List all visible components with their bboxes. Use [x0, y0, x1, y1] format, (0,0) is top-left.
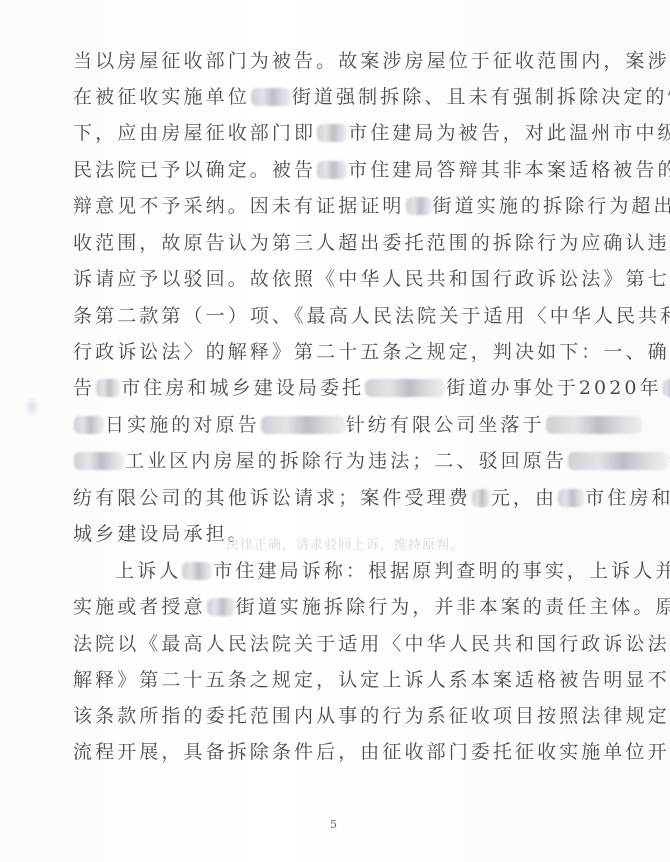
- text-segment: 诉请应予以驳回。故依照《中华人民共和国行政诉讼法》第七十四: [73, 268, 670, 290]
- text-segment: 街道强制拆除、且未有强制拆除决定的情况: [292, 86, 670, 108]
- scan-smudge: [25, 397, 39, 417]
- text-segment: 城乡建设局承担。: [73, 523, 250, 545]
- text-line: 收范围，故原告认为第三人超出委托范围的拆除行为应确认违法的: [73, 231, 583, 255]
- text-segment: 收范围，故原告认为第三人超出委托范围的拆除行为应确认违法的: [73, 232, 670, 254]
- text-line: 行政诉讼法〉的解释》第二十五条之规定，判决如下：一、确认被: [73, 340, 583, 364]
- text-line: 工业区内房屋的拆除行为违法；二、驳回原告针: [73, 449, 583, 473]
- redacted-text: [558, 489, 584, 507]
- text-segment: 市住建局诉称：根据原判查明的事实，上诉人并未: [213, 560, 670, 582]
- text-segment: 元，由: [491, 487, 557, 509]
- redacted-text: [365, 379, 445, 397]
- text-line: 民法院已予以确定。被告市住建局答辩其非本案适格被告的抗: [73, 158, 583, 182]
- text-segment: 法院以《最高人民法院关于适用〈中华人民共和国行政诉讼法〉的: [73, 633, 670, 655]
- redacted-text: [261, 416, 345, 434]
- text-segment: 辩意见不予采纳。因未有证据证明: [73, 195, 405, 217]
- redacted-text: [74, 416, 104, 434]
- text-line: 条第二款第（一）项、《最高人民法院关于适用〈中华人民共和国: [73, 304, 583, 328]
- text-segment: 工业区内房屋的拆除行为违法；二、驳回原告: [125, 450, 567, 472]
- text-line: 在被征收实施单位街道强制拆除、且未有强制拆除决定的情况: [73, 85, 583, 109]
- text-segment: 告: [73, 377, 95, 399]
- text-segment: 实施或者授意: [73, 596, 206, 618]
- text-segment: 针纺有限公司坐落于: [346, 414, 545, 436]
- redacted-text: [663, 379, 670, 397]
- text-segment: 街道实施拆除行为，并非本案的责任主体。原审: [236, 596, 670, 618]
- text-segment: 市住房和: [585, 487, 670, 509]
- text-segment: 纺有限公司的其他诉讼请求；案件受理费: [73, 487, 471, 509]
- redacted-text: [472, 489, 490, 507]
- redacted-text: [251, 88, 291, 106]
- text-line: 纺有限公司的其他诉讼请求；案件受理费元，由市住房和: [73, 486, 583, 510]
- text-segment: 下，应由房屋征收部门即: [73, 122, 316, 144]
- text-line: 告市住房和城乡建设局委托街道办事处于2020年: [73, 376, 583, 400]
- text-line: 解释》第二十五条之规定，认定上诉人系本案适格被告明显不当，: [73, 668, 583, 692]
- text-segment: 街道办事处于2020年: [446, 377, 661, 399]
- document-page: 当以房屋征收部门为被告。故案涉房屋位于征收范围内，案涉房屋在被征收实施单位街道强…: [0, 0, 670, 862]
- text-line: 上诉人市住建局诉称：根据原判查明的事实，上诉人并未: [73, 559, 583, 583]
- text-segment: 在被征收实施单位: [73, 86, 250, 108]
- text-segment: 该条款所指的委托范围内从事的行为系征收项目按照法律规定及: [73, 705, 670, 727]
- text-segment: 当以房屋征收部门为被告。故案涉房屋位于征收范围内，案涉房屋: [73, 50, 670, 72]
- text-segment: 条第二款第（一）项、《最高人民法院关于适用〈中华人民共和国: [73, 305, 670, 327]
- redacted-text: [406, 197, 432, 215]
- text-segment: 市住房和城乡建设局委托: [121, 377, 364, 399]
- redacted-text: [568, 452, 668, 470]
- redacted-text: [546, 416, 642, 434]
- redacted-text: [74, 452, 124, 470]
- text-segment: 解释》第二十五条之规定，认定上诉人系本案适格被告明显不当，: [73, 669, 670, 691]
- text-line: 流程开展，具备拆除条件后，由征收部门委托征收实施单位开展，: [73, 740, 583, 764]
- text-segment: 上诉人: [115, 560, 181, 582]
- text-segment: 行政诉讼法〉的解释》第二十五条之规定，判决如下：一、确认被: [73, 341, 670, 363]
- text-line: 诉请应予以驳回。故依照《中华人民共和国行政诉讼法》第七十四: [73, 267, 583, 291]
- text-line: 日实施的对原告针纺有限公司坐落于: [73, 413, 583, 437]
- text-segment: 街道实施的拆除行为超出征: [433, 195, 670, 217]
- text-line: 实施或者授意街道实施拆除行为，并非本案的责任主体。原审: [73, 595, 583, 619]
- redacted-text: [182, 562, 212, 580]
- text-line: 当以房屋征收部门为被告。故案涉房屋位于征收范围内，案涉房屋: [73, 49, 583, 73]
- text-segment: 民法院已予以确定。被告: [73, 159, 316, 181]
- redacted-text: [317, 124, 347, 142]
- text-segment: 流程开展，具备拆除条件后，由征收部门委托征收实施单位开展，: [73, 741, 670, 763]
- text-segment: 市住建局为被告，对此温州市中级人: [348, 122, 670, 144]
- redacted-text: [207, 598, 235, 616]
- show-through-text: 决律正确，请求驳回上诉，维持原判。: [226, 534, 464, 553]
- redacted-text: [96, 379, 120, 397]
- text-segment: 市住建局答辩其非本案适格被告的抗: [348, 159, 670, 181]
- text-line: 该条款所指的委托范围内从事的行为系征收项目按照法律规定及: [73, 704, 583, 728]
- text-line: 辩意见不予采纳。因未有证据证明街道实施的拆除行为超出征: [73, 194, 583, 218]
- text-line: 法院以《最高人民法院关于适用〈中华人民共和国行政诉讼法〉的: [73, 632, 583, 656]
- text-line: 下，应由房屋征收部门即市住建局为被告，对此温州市中级人: [73, 121, 583, 145]
- page-number: 5: [330, 818, 337, 831]
- text-segment: 日实施的对原告: [105, 414, 260, 436]
- redacted-text: [317, 161, 347, 179]
